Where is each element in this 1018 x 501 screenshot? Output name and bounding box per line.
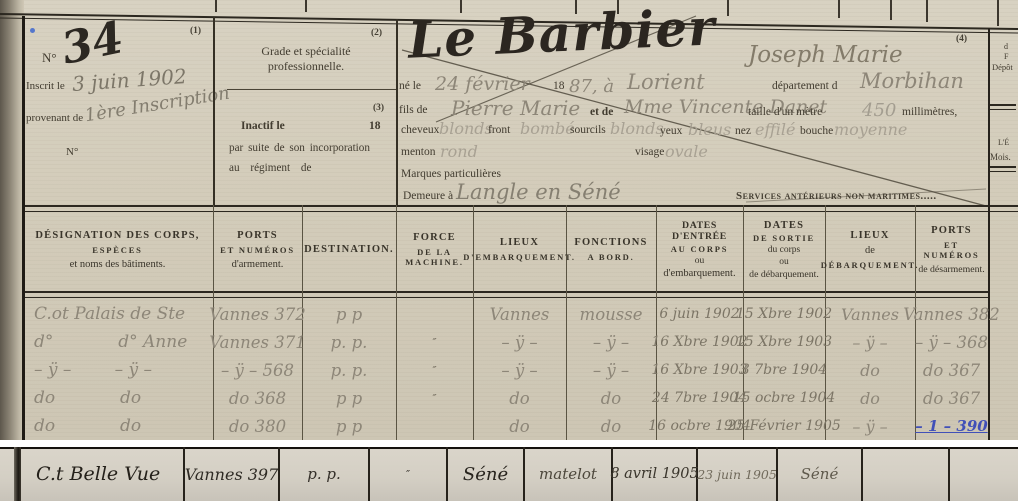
service-cell: mousse xyxy=(566,300,656,328)
header-line: A BORD. xyxy=(587,252,634,262)
col-header-dates-entree: DATES D'ENTRÉE AU CORPS ou d'embarquemen… xyxy=(656,209,743,290)
header-line: PORTS xyxy=(237,230,278,241)
service-cell: p. p. xyxy=(302,328,396,356)
service-cell: p p xyxy=(302,300,396,328)
marks-label: Marques particulières xyxy=(401,168,501,180)
inscribed-date-label: Inscrit le xyxy=(26,80,65,92)
service-cell: 25 Février 1905 xyxy=(743,412,825,440)
service-cell: Vannes 382 xyxy=(915,300,988,328)
eyes-label: yeux xyxy=(660,125,682,137)
born-label: né le xyxy=(399,80,421,92)
father-name: Pierre Marie xyxy=(451,96,580,120)
header-line: PORTS xyxy=(931,225,972,236)
header-line: d'armement. xyxy=(232,259,284,270)
service-cell: p. p. xyxy=(302,356,396,384)
margin-rule xyxy=(990,104,1016,110)
number-label: N° xyxy=(42,50,57,66)
service-cell: – ÿ – xyxy=(825,412,915,440)
service-cell: do xyxy=(566,384,656,412)
height-value: 450 xyxy=(862,100,896,121)
born-place: Lorient xyxy=(627,70,705,94)
mouth-label: bouche xyxy=(800,125,833,137)
hair-label: cheveux xyxy=(401,124,439,136)
service-cell: do xyxy=(825,384,915,412)
margin-etat-label: L'É xyxy=(998,138,1009,147)
identity-block: (4) Le Barbier Joseph Marie né le 24 fév… xyxy=(396,18,988,205)
eyebrows-label: sourcils xyxy=(570,124,606,136)
forehead-label: front xyxy=(488,124,510,136)
header-line: LIEUX xyxy=(850,230,889,241)
header-line: ou xyxy=(779,257,789,267)
header-line: ou xyxy=(695,256,705,266)
header-line: de désarmement. xyxy=(918,264,984,275)
service-cell: – 1 – 390 xyxy=(915,412,988,440)
service-table-body: C.ot Palais de Ste Vannes 372 p p Vannes… xyxy=(22,300,988,440)
service-cell: do xyxy=(825,356,915,384)
service-cell xyxy=(863,447,950,501)
book-gutter-shadow xyxy=(0,0,24,440)
chin-label: menton xyxy=(401,146,436,158)
addendum-gutter-line xyxy=(14,447,21,501)
footnote-ref-2: (2) xyxy=(371,28,382,38)
service-cell: d° d° Anne xyxy=(22,328,213,356)
service-cell: Séné xyxy=(778,447,863,501)
service-cell: p p xyxy=(302,412,396,440)
service-cell: ″ xyxy=(396,328,473,356)
prior-services-label: Services antérieurs non maritimes..... xyxy=(736,190,937,202)
nose-value: effilé xyxy=(755,120,796,139)
service-cell: 3 7bre 1904 xyxy=(743,356,825,384)
residence-value: Langle en Séné xyxy=(456,180,621,204)
table-right-border xyxy=(988,28,990,440)
inactive-year: 18 xyxy=(369,120,381,132)
right-margin-column: d F Dépôt L'É Mois. xyxy=(988,0,1018,207)
chin-value: rond xyxy=(440,142,478,161)
service-cell: 15 Xbre 1903 xyxy=(743,328,825,356)
born-century: 18 xyxy=(553,80,565,92)
service-cell: – ÿ – xyxy=(473,328,566,356)
margin-mois-label: Mois. xyxy=(990,152,1011,162)
grade-box-divider xyxy=(227,89,396,90)
department: Morbihan xyxy=(860,69,964,93)
born-year: 87, à xyxy=(569,76,614,97)
service-cell: 23 juin 1905 xyxy=(698,447,778,501)
header-line: du corps xyxy=(768,245,800,255)
face-value: ovale xyxy=(665,142,708,161)
header-line: DE SORTIE xyxy=(753,233,815,243)
header-line: DATES xyxy=(764,220,804,231)
col-header-lieux-embarquement: LIEUX D'EMBARQUEMENT. xyxy=(473,209,566,290)
col-header-destination: DESTINATION. xyxy=(302,209,396,290)
service-cell: Vannes xyxy=(825,300,915,328)
nose-label: nez xyxy=(735,125,751,137)
header-line: ET NUMÉROS xyxy=(220,245,295,255)
eyes-value: bleus xyxy=(688,120,731,139)
header-line: ESPÈCES xyxy=(92,245,142,255)
son-of-label: fils de xyxy=(399,104,427,116)
service-cell: C.t Belle Vue xyxy=(22,447,185,501)
grade-box: (2) Grade et spécialité professionnelle.… xyxy=(213,18,396,205)
secondary-number-label: N° xyxy=(66,146,78,158)
header-line: d'embarquement. xyxy=(663,268,735,279)
col-header-force: FORCE DE LA MACHINE. xyxy=(396,209,473,290)
residence-label: Demeure à xyxy=(403,190,453,202)
margin-rule xyxy=(990,166,1016,172)
service-cell: do xyxy=(473,384,566,412)
service-cell: 6 juin 1902 xyxy=(656,300,743,328)
col-header-fonctions: FONCTIONS A BORD. xyxy=(566,209,656,290)
service-cell: matelot xyxy=(525,447,613,501)
service-cell: Vannes 397 xyxy=(185,447,280,501)
height-unit: millimètres, xyxy=(902,106,957,118)
service-cell xyxy=(950,447,1018,501)
service-cell: 16 Xbre 1902 xyxy=(656,328,743,356)
incorporation-line2: au régiment de xyxy=(229,162,311,174)
service-cell xyxy=(396,300,473,328)
scan-stitch-gap xyxy=(0,440,1018,447)
header-line: AU CORPS xyxy=(671,244,729,254)
eyebrows-value: blonds xyxy=(610,119,664,138)
service-cell: do do xyxy=(22,412,213,440)
footnote-ref-1: (1) xyxy=(190,26,201,36)
service-cell: Vannes xyxy=(473,300,566,328)
inscription-number-box: (1) N° 34 Inscrit le 3 juin 1902 provena… xyxy=(22,18,213,205)
service-cell: 16 Xbre 1903 xyxy=(656,356,743,384)
service-cell: ″ xyxy=(396,384,473,412)
header-line: FONCTIONS xyxy=(574,237,647,248)
col-header-ports-armement: PORTS ET NUMÉROS d'armement. xyxy=(213,209,302,290)
service-cell: – ÿ – – ÿ – xyxy=(22,356,213,384)
table-header-bottom-rule xyxy=(22,291,988,298)
hair-value: blonds xyxy=(439,119,493,138)
col-header-designation: DÉSIGNATION DES CORPS, ESPÈCES et noms d… xyxy=(22,209,213,290)
margin-letter-b: F xyxy=(1004,52,1008,61)
service-cell: do 367 xyxy=(915,356,988,384)
header-line: ET NUMÉROS xyxy=(915,240,988,260)
addendum-row: C.t Belle Vue Vannes 397 p. p. ″ Séné ma… xyxy=(22,447,1018,501)
header-line: LIEUX xyxy=(500,237,539,248)
service-cell: – ÿ – xyxy=(566,356,656,384)
grade-label: Grade et spécialité professionnelle. xyxy=(225,44,387,74)
header-line: FORCE xyxy=(413,232,456,243)
header-line: de débarquement. xyxy=(749,269,819,280)
service-cell xyxy=(396,412,473,440)
service-cell: Séné xyxy=(448,447,525,501)
service-cell: 24 7bre 1904 xyxy=(656,384,743,412)
origin-label: provenant de xyxy=(26,112,83,124)
height-label: taille d'un mètre xyxy=(748,106,822,118)
and-of-label: et de xyxy=(590,106,613,118)
col-header-ports-desarmement: PORTS ET NUMÉROS de désarmement. xyxy=(915,209,988,290)
service-cell: p. p. xyxy=(280,447,370,501)
col-header-dates-sortie: DATES DE SORTIE du corps ou de débarquem… xyxy=(743,209,825,290)
service-table-header: DÉSIGNATION DES CORPS, ESPÈCES et noms d… xyxy=(22,209,988,290)
inactive-label: Inactif le xyxy=(241,120,285,132)
service-cell: – ÿ – 368 xyxy=(915,328,988,356)
service-cell: 15 Xbre 1902 xyxy=(743,300,825,328)
service-cell: do 368 xyxy=(213,384,302,412)
service-cell: – ÿ – xyxy=(566,328,656,356)
header-line: DÉBARQUEMENT. xyxy=(821,260,920,270)
header-line: DE LA MACHINE. xyxy=(396,247,473,267)
service-cell: C.ot Palais de Ste xyxy=(22,300,213,328)
margin-letter-a: d xyxy=(1004,42,1008,51)
service-cell: do 367 xyxy=(915,384,988,412)
incorporation-line1: par suite de son incorporation xyxy=(229,142,370,154)
service-cell: ″ xyxy=(396,356,473,384)
service-cell: 15 ocbre 1904 xyxy=(743,384,825,412)
service-cell: – ÿ – xyxy=(473,356,566,384)
service-cell: – ÿ – xyxy=(825,328,915,356)
service-cell: do 380 xyxy=(213,412,302,440)
header-line: D'EMBARQUEMENT. xyxy=(463,252,576,262)
margin-depot-label: Dépôt xyxy=(992,62,1013,72)
header-line: DATES D'ENTRÉE xyxy=(656,220,743,242)
scanned-register-page: { "box1": { "ref": "(1)", "no_label": "N… xyxy=(0,0,1018,501)
mouth-value: moyenne xyxy=(834,120,907,139)
header-line: DÉSIGNATION DES CORPS, xyxy=(35,230,199,241)
header-line: de xyxy=(865,245,875,256)
service-cell: p p xyxy=(302,384,396,412)
service-cell: Vannes 372 xyxy=(213,300,302,328)
service-cell: ″ xyxy=(370,447,448,501)
footnote-ref-3: (3) xyxy=(373,103,384,113)
header-line: DESTINATION. xyxy=(304,244,394,255)
col-header-lieux-debarquement: LIEUX de DÉBARQUEMENT. xyxy=(825,209,915,290)
footnote-ref-4: (4) xyxy=(956,34,967,44)
department-label: département d xyxy=(772,80,837,92)
born-date: 24 février xyxy=(435,73,530,95)
service-cell: 8 avril 1905 xyxy=(613,447,698,501)
given-names: Joseph Marie xyxy=(748,42,903,68)
inscription-number: 34 xyxy=(57,12,127,75)
header-line: et noms des bâtiments. xyxy=(70,259,166,270)
blue-dot-mark xyxy=(30,28,35,33)
service-cell: Vannes 371 xyxy=(213,328,302,356)
service-cell: do xyxy=(566,412,656,440)
forehead-value: bombé xyxy=(520,119,575,138)
service-cell: do xyxy=(473,412,566,440)
service-cell: do do xyxy=(22,384,213,412)
service-cell: – ÿ – 568 xyxy=(213,356,302,384)
face-label: visage xyxy=(635,146,664,158)
